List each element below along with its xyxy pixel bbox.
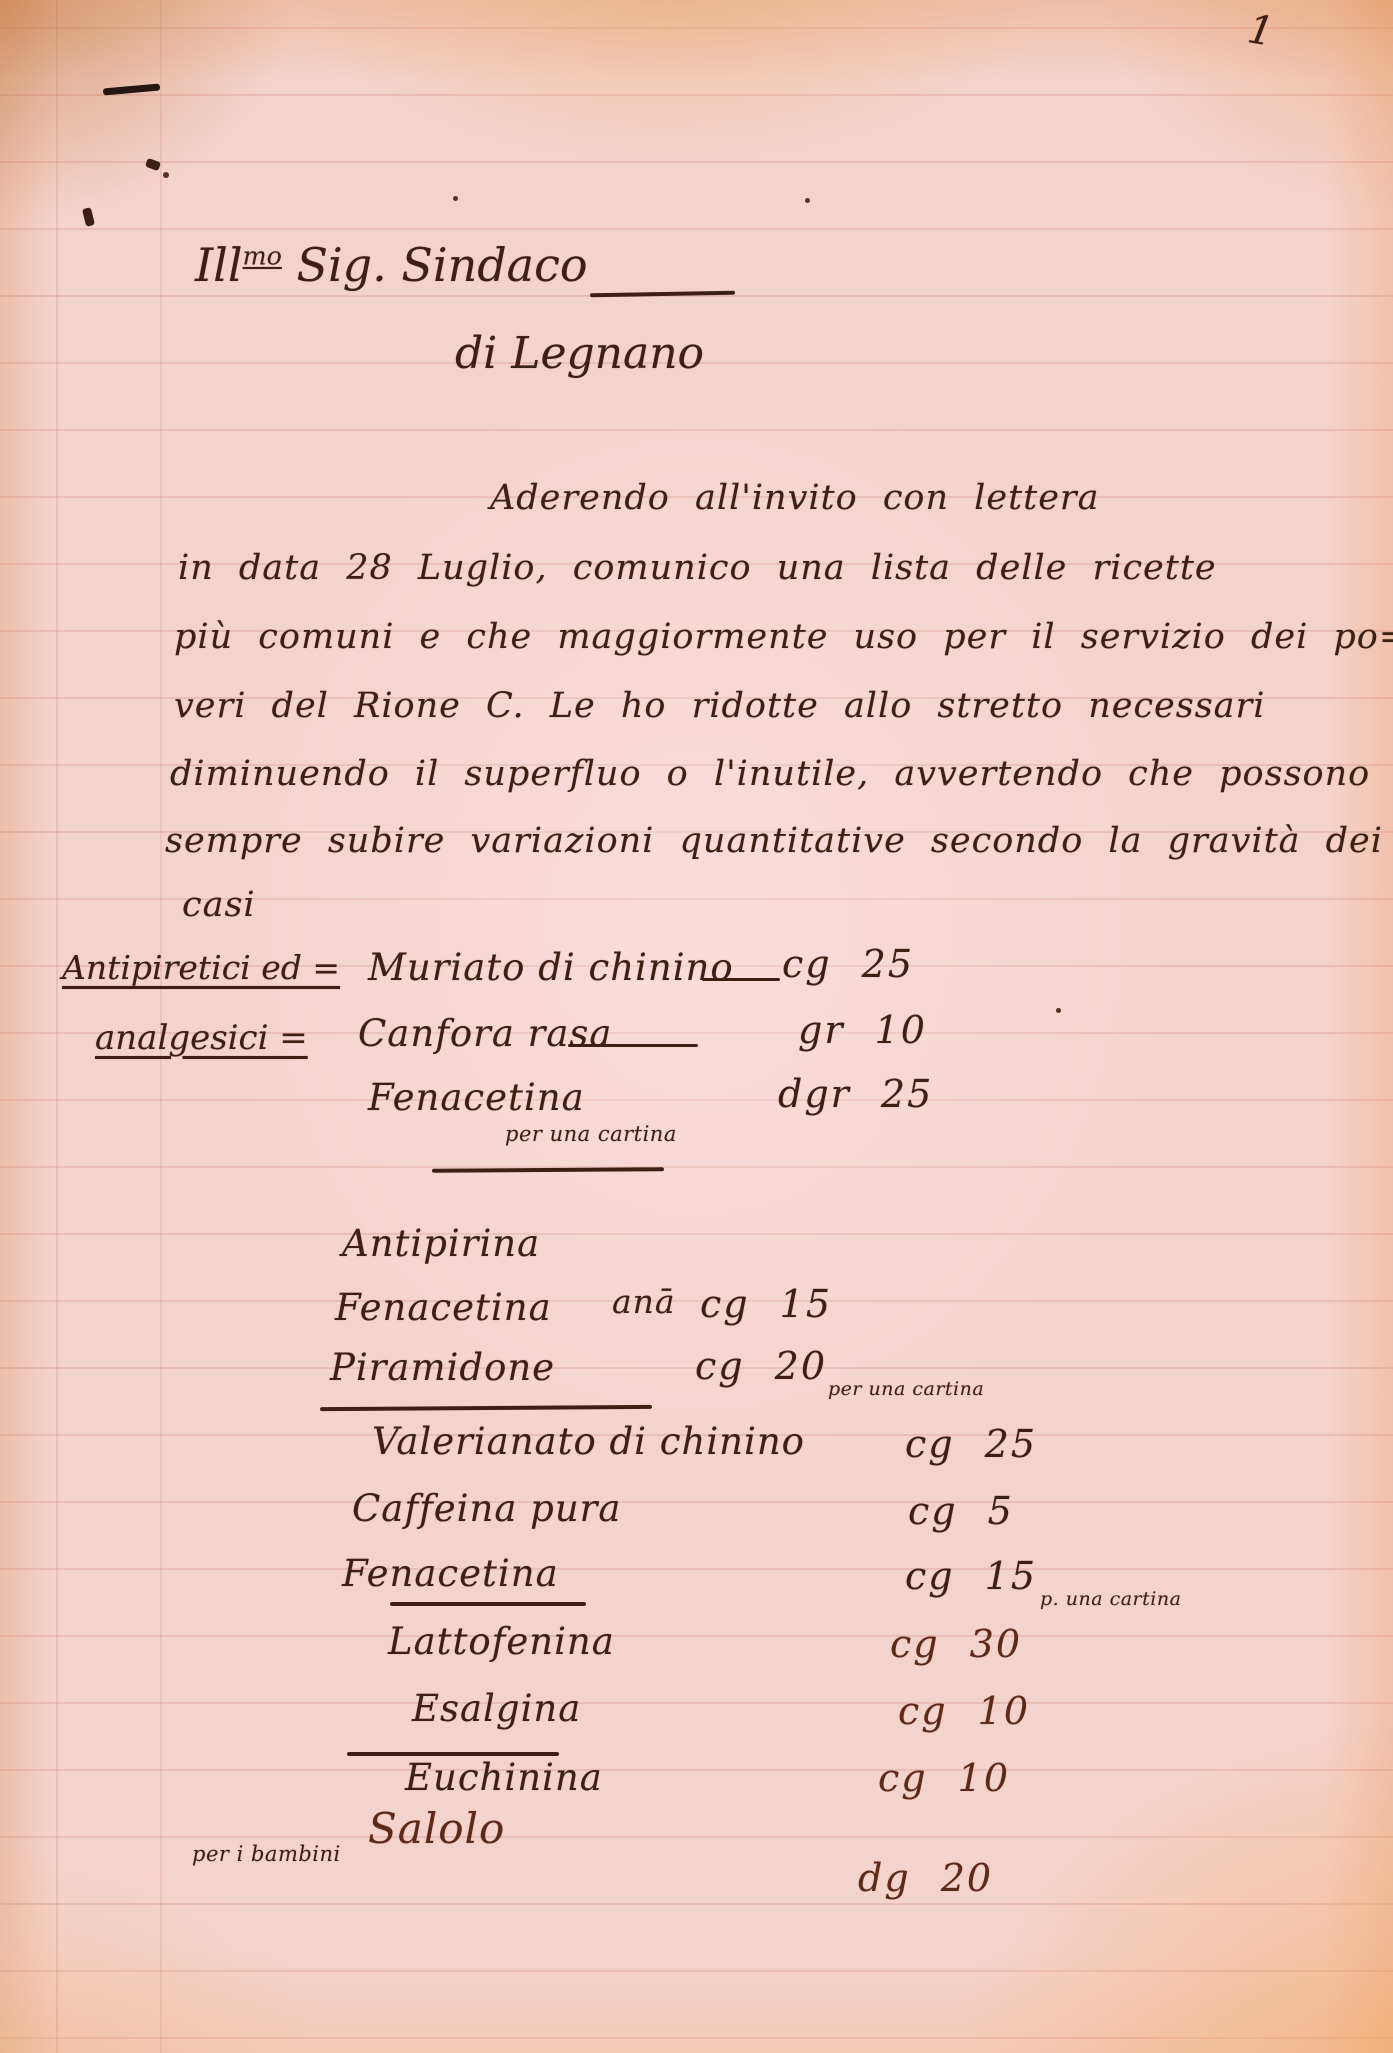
medicine-qty: cg 15 — [700, 1282, 832, 1326]
medicine-name: Valerianato di chinino — [372, 1420, 805, 1463]
ink-speck — [805, 198, 810, 203]
medicine-name: Lattofenina — [388, 1620, 615, 1663]
medicine-name: Fenacetina — [342, 1552, 559, 1595]
dose-note: per una cartina — [828, 1378, 984, 1400]
salutation-rest: Sig. Sindaco — [282, 238, 588, 292]
medicine-qty: cg 30 — [890, 1622, 1022, 1666]
pen-flourish — [568, 1044, 698, 1047]
margin-line-left — [56, 0, 58, 2053]
ink-speck — [453, 196, 458, 201]
medicine-name: Caffeina pura — [352, 1487, 621, 1530]
medicine-qty: dg 20 — [858, 1856, 993, 1900]
category-label-line1: Antipiretici ed = — [62, 948, 340, 987]
medicine-qty: cg 10 — [898, 1689, 1030, 1733]
medicine-qty: cg 25 — [905, 1422, 1037, 1466]
body-line-4: veri del Rione C. Le ho ridotte allo str… — [174, 686, 1265, 726]
medicine-name: Antipirina — [342, 1222, 540, 1265]
medicine-name: Canfora rasa — [358, 1012, 612, 1055]
medicine-name: Piramidone — [330, 1346, 555, 1389]
medicine-qty: cg 5 — [908, 1489, 1014, 1533]
medicine-name: Muriato di chinino — [368, 946, 734, 989]
medicine-qty: cg 15 — [905, 1554, 1037, 1598]
salutation-line2: di Legnano — [455, 328, 704, 379]
medicine-name: Salolo — [368, 1804, 505, 1853]
dose-note: per una cartina — [505, 1122, 677, 1146]
ana-mark: anā — [612, 1282, 676, 1321]
divider-line — [390, 1602, 586, 1606]
medicine-qty: gr 10 — [798, 1008, 927, 1052]
body-line-6: sempre subire variazioni quantitative se… — [165, 821, 1383, 861]
medicine-qty: cg 20 — [695, 1344, 827, 1388]
medicine-qty: cg 10 — [878, 1756, 1010, 1800]
medicine-qty: dgr 25 — [778, 1072, 933, 1116]
divider-line — [347, 1752, 559, 1756]
medicine-name: Fenacetina — [368, 1076, 585, 1119]
pen-flourish — [702, 978, 780, 981]
salutation-line1: Illmo Sig. Sindaco — [195, 238, 588, 292]
salutation-ill-superscript: mo — [243, 242, 282, 271]
dose-note: p. una cartina — [1040, 1588, 1181, 1610]
medicine-name: Esalgina — [412, 1687, 581, 1730]
ink-speck — [163, 172, 169, 178]
medicine-qty: cg 25 — [782, 942, 914, 986]
category-label-line2: analgesici = — [95, 1018, 308, 1058]
body-line-3: più comuni e che maggiormente uso per il… — [174, 617, 1393, 657]
salutation-ill: Ill — [195, 238, 243, 292]
ink-speck — [1056, 1008, 1061, 1013]
body-line-1: Aderendo all'invito con lettera — [490, 478, 1100, 518]
children-note: per i bambini — [192, 1842, 341, 1866]
medicine-name: Fenacetina — [335, 1286, 552, 1329]
medicine-name: Euchinina — [405, 1756, 603, 1799]
body-line-5: diminuendo il superfluo o l'inutile, avv… — [170, 754, 1370, 794]
body-line-7: casi — [182, 885, 256, 925]
body-line-2: in data 28 Luglio, comunico una lista de… — [178, 548, 1217, 588]
